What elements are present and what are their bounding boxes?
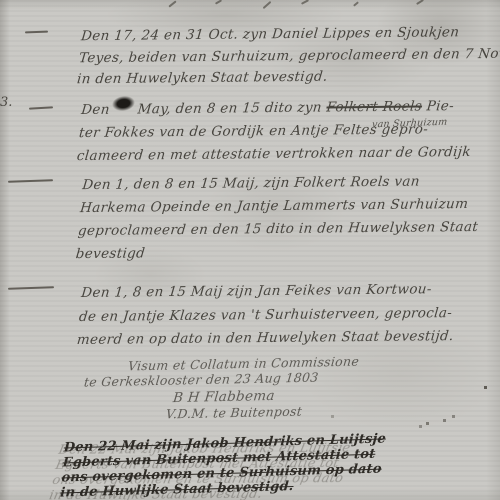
- crossed-out-entry: Den 22 Mai zijn Jakob Hendriks en Luijts…: [60, 431, 387, 500]
- register-entry: Den 17, 24 en 31 Oct. zyn Daniel Lippes …: [76, 22, 500, 91]
- entry-line: meerd en op dato in den Huwelyken Staat …: [76, 325, 455, 352]
- signature: B H Flabbema: [172, 388, 275, 406]
- register-entry: Den May, den 8 en 15 dito zyn Folkert Ro…: [76, 95, 477, 168]
- entry-line: bevestigd: [75, 239, 477, 266]
- margin-dash: [8, 286, 54, 290]
- register-entry: Den 1, 8 en 15 Maij zijn Jan Feikes van …: [76, 278, 459, 353]
- stroke-fragment: [301, 0, 309, 5]
- stroke-fragment: [215, 0, 222, 5]
- entry-line: in den Huwelyken Staat bevestigd.: [76, 65, 500, 91]
- stroke-fragment: [353, 1, 359, 6]
- entry-line: Teyes, beiden van Surhuizum, geproclamee…: [78, 43, 500, 69]
- ink-specks: [0, 0, 1, 1]
- register-page: Den 17, 24 en 31 Oct. zyn Daniel Lippes …: [0, 0, 500, 500]
- stroke-fragment: [263, 1, 272, 9]
- place-date-line: te Gerkesklooster den 23 Aug 1803: [83, 370, 319, 390]
- entry-line-segment: Den: [80, 102, 110, 118]
- margin-dash: [29, 106, 53, 109]
- entry-line-segment: May, den 8 en 15 dito zyn: [137, 100, 323, 118]
- entry-line: Den 1, 8 en 15 Maij zijn Jan Feikes van …: [80, 278, 459, 305]
- stroke-fragment: [416, 0, 424, 5]
- register-entry: Den 1, den 8 en 15 Maij, zijn Folkert Ro…: [75, 170, 484, 266]
- margin-entry-number: 3.: [0, 95, 12, 110]
- stroke-fragment: [168, 0, 176, 7]
- entry-line-segment: Pie-: [426, 98, 455, 114]
- struck-names: Folkert Roels: [326, 98, 423, 115]
- margin-dash: [25, 31, 48, 34]
- signature-title: V.D.M. te Buitenpost: [165, 404, 303, 422]
- margin-dash: [8, 179, 53, 183]
- entry-line: geproclameerd en den 15 dito in den Huwe…: [77, 216, 479, 243]
- entry-line: clameerd en met attestatie vertrokken na…: [76, 141, 472, 168]
